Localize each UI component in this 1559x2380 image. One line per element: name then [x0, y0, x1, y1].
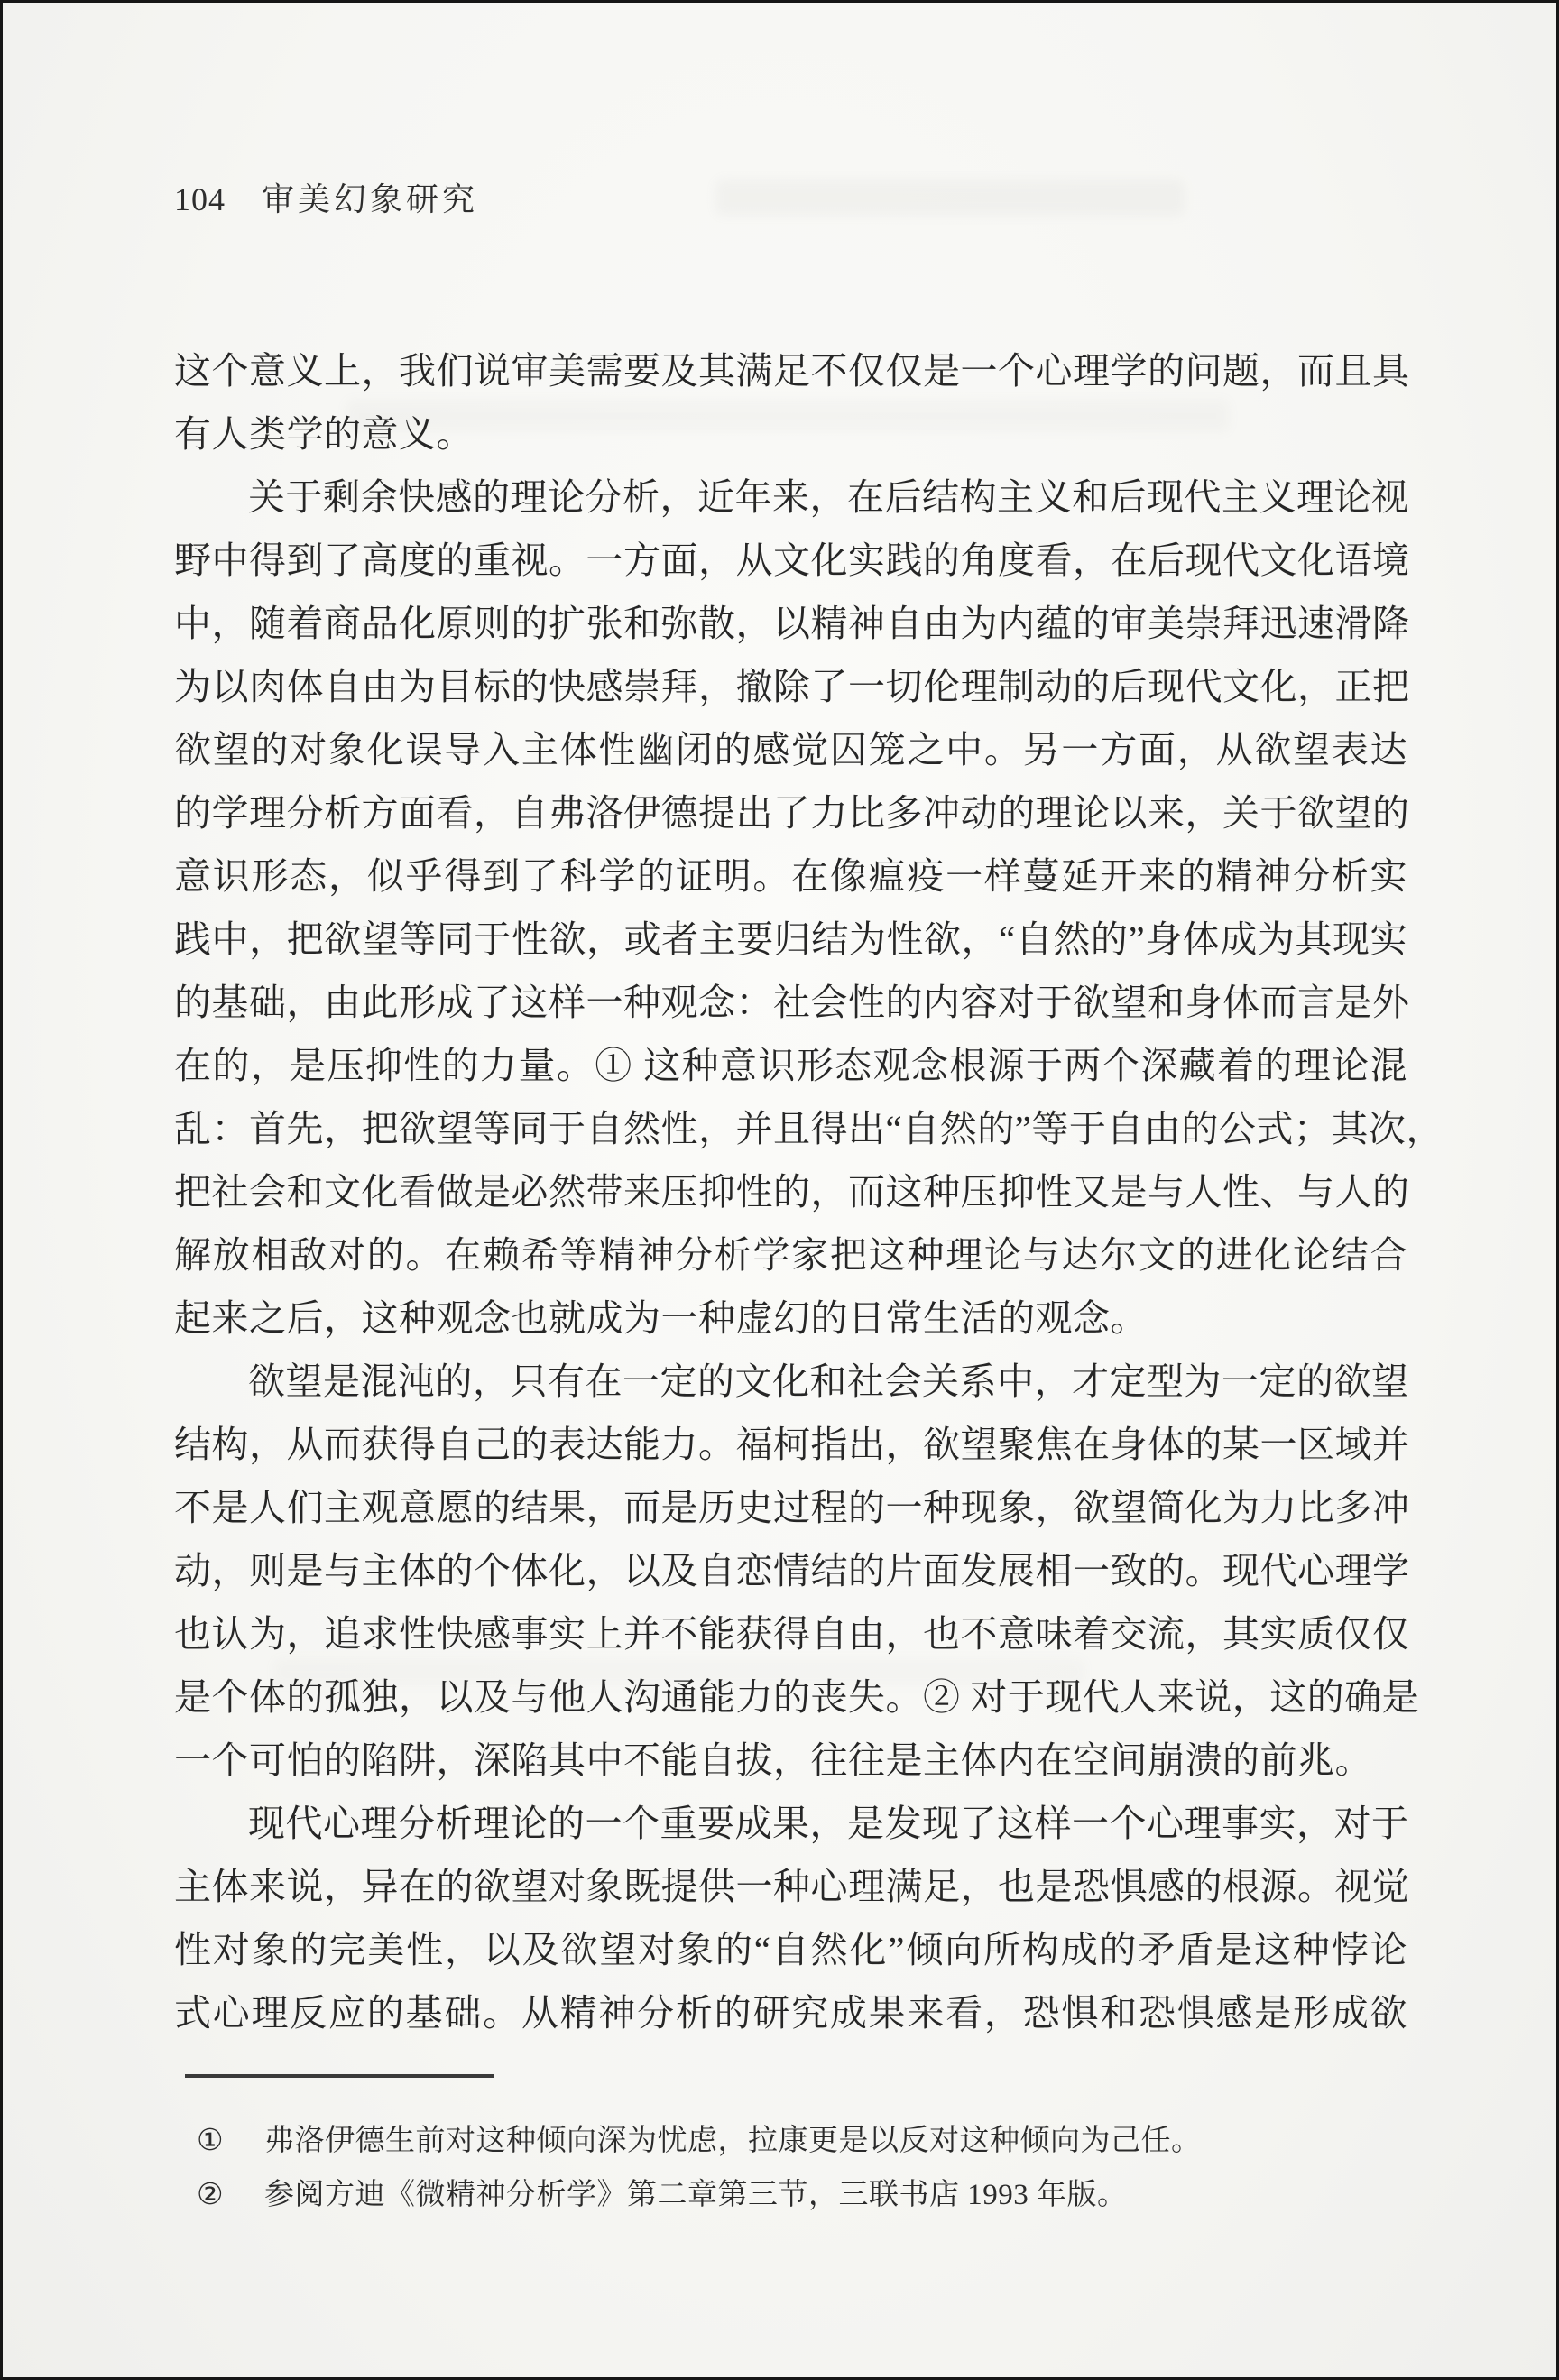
text-line: 现代心理分析理论的一个重要成果，是发现了这样一个心理事实，对于 — [174, 1792, 1407, 1855]
footnote-text: 弗洛伊德生前对这种倾向深为忧虑，拉康更是以反对这种倾向为己任。 — [264, 2114, 1397, 2168]
footnote-marker: ② — [197, 2168, 264, 2222]
footnote-item-1: ① 弗洛伊德生前对这种倾向深为忧虑，拉康更是以反对这种倾向为己任。 — [197, 2114, 1397, 2168]
book-page: 104审美幻象研究 这个意义上，我们说审美需要及其满足不仅仅是一个心理学的问题，… — [0, 0, 1559, 2380]
paragraph-3: 欲望是混沌的，只有在一定的文化和社会关系中，才定型为一定的欲望 结构，从而获得自… — [174, 1350, 1407, 1792]
text-line: 也认为，追求性快感事实上并不能获得自由，也不意味着交流，其实质仅仅 — [174, 1602, 1407, 1665]
scan-bleedthrough-smudge — [715, 180, 1185, 216]
footnote-divider — [185, 2074, 494, 2078]
text-line: 中，随着商品化原则的扩张和弥散，以精神自由为内蕴的审美崇拜迅速滑降 — [174, 592, 1407, 655]
text-line: 有人类学的意义。 — [174, 402, 1407, 466]
body-text: 这个意义上，我们说审美需要及其满足不仅仅是一个心理学的问题，而且具 有人类学的意… — [174, 339, 1407, 2044]
paragraph-1: 这个意义上，我们说审美需要及其满足不仅仅是一个心理学的问题，而且具 有人类学的意… — [174, 339, 1407, 466]
book-title: 审美幻象研究 — [262, 181, 478, 217]
footnote-marker: ① — [197, 2114, 264, 2168]
text-line: 这个意义上，我们说审美需要及其满足不仅仅是一个心理学的问题，而且具 — [174, 339, 1407, 402]
text-line: 野中得到了高度的重视。一方面，从文化实践的角度看，在后现代文化语境 — [174, 529, 1407, 592]
text-line: 主体来说，异在的欲望对象既提供一种心理满足，也是恐惧感的根源。视觉 — [174, 1855, 1407, 1918]
text-line: 式心理反应的基础。从精神分析的研究成果来看，恐惧和恐惧感是形成欲 — [174, 1981, 1407, 2044]
text-line: 动，则是与主体的个体化，以及自恋情结的片面发展相一致的。现代心理学 — [174, 1539, 1407, 1602]
text-line-with-footnote-ref-2: 是个体的孤独，以及与他人沟通能力的丧失。② 对于现代人来说，这的确是 — [174, 1665, 1407, 1729]
text-line: 结构，从而获得自己的表达能力。福柯指出，欲望聚焦在身体的某一区域并 — [174, 1413, 1407, 1476]
text-line: 欲望的对象化误导入主体性幽闭的感觉囚笼之中。另一方面，从欲望表达 — [174, 718, 1407, 781]
text-line: 乱：首先，把欲望等同于自然性，并且得出“自然的”等于自由的公式；其次， — [174, 1097, 1407, 1160]
footnote-text: 参阅方迪《微精神分析学》第二章第三节，三联书店 1993 年版。 — [264, 2168, 1397, 2222]
text-line: 一个可怕的陷阱，深陷其中不能自拔，往往是主体内在空间崩溃的前兆。 — [174, 1729, 1407, 1792]
text-line: 欲望是混沌的，只有在一定的文化和社会关系中，才定型为一定的欲望 — [174, 1350, 1407, 1413]
text-line-with-footnote-ref-1: 在的，是压抑性的力量。① 这种意识形态观念根源于两个深藏着的理论混 — [174, 1034, 1407, 1097]
text-line: 解放相敌对的。在赖希等精神分析学家把这种理论与达尔文的进化论结合 — [174, 1223, 1407, 1287]
text-line: 的基础，由此形成了这样一种观念：社会性的内容对于欲望和身体而言是外 — [174, 971, 1407, 1034]
text-line: 的学理分析方面看，自弗洛伊德提出了力比多冲动的理论以来，关于欲望的 — [174, 781, 1407, 844]
text-line: 为以肉体自由为目标的快感崇拜，撤除了一切伦理制动的后现代文化，正把 — [174, 655, 1407, 718]
running-head: 104审美幻象研究 — [174, 174, 478, 220]
text-line: 不是人们主观意愿的结果，而是历史过程的一种现象，欲望简化为力比多冲 — [174, 1476, 1407, 1539]
text-line: 践中，把欲望等同于性欲，或者主要归结为性欲，“自然的”身体成为其现实 — [174, 908, 1407, 971]
text-line: 关于剩余快感的理论分析，近年来，在后结构主义和后现代主义理论视 — [174, 466, 1407, 529]
page-number: 104 — [174, 181, 226, 217]
text-line: 把社会和文化看做是必然带来压抑性的，而这种压抑性又是与人性、与人的 — [174, 1160, 1407, 1223]
text-line: 起来之后，这种观念也就成为一种虚幻的日常生活的观念。 — [174, 1287, 1407, 1350]
text-line: 性对象的完美性，以及欲望对象的“自然化”倾向所构成的矛盾是这种悖论 — [174, 1918, 1407, 1981]
footnotes: ① 弗洛伊德生前对这种倾向深为忧虑，拉康更是以反对这种倾向为己任。 ② 参阅方迪… — [197, 2114, 1397, 2222]
paragraph-4: 现代心理分析理论的一个重要成果，是发现了这样一个心理事实，对于 主体来说，异在的… — [174, 1792, 1407, 2044]
paragraph-2: 关于剩余快感的理论分析，近年来，在后结构主义和后现代主义理论视 野中得到了高度的… — [174, 466, 1407, 1350]
text-line: 意识形态，似乎得到了科学的证明。在像瘟疫一样蔓延开来的精神分析实 — [174, 844, 1407, 908]
footnote-item-2: ② 参阅方迪《微精神分析学》第二章第三节，三联书店 1993 年版。 — [197, 2168, 1397, 2222]
